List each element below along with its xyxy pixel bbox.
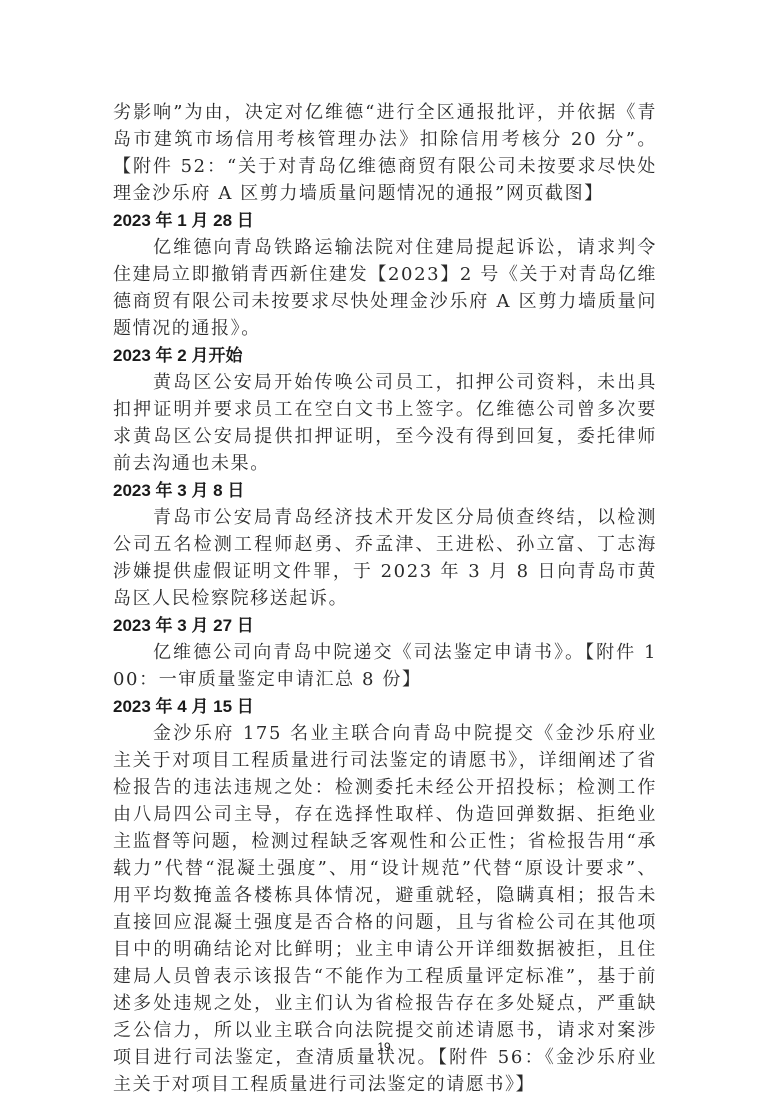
document-page: 劣影响”为由，决定对亿维德“进行全区通报批评，并依据《青岛市建筑市场信用考核管理… [0,0,768,1117]
paragraph-continuation: 劣影响”为由，决定对亿维德“进行全区通报批评，并依据《青岛市建筑市场信用考核管理… [113,99,657,207]
document-body: 劣影响”为由，决定对亿维德“进行全区通报批评，并依据《青岛市建筑市场信用考核管理… [113,99,657,1098]
date-heading-2023-04-15: 2023 年 4 月 15 日 [113,693,657,720]
paragraph-prosecution: 青岛市公安局青岛经济技术开发区分局侦查终结，以检测公司五名检测工程师赵勇、乔孟津… [113,504,657,612]
date-heading-2023-01-28: 2023 年 1 月 28 日 [113,207,657,234]
date-heading-2023-03-27: 2023 年 3 月 27 日 [113,612,657,639]
date-heading-2023-02: 2023 年 2 月开始 [113,342,657,369]
paragraph-police-summons: 黄岛区公安局开始传唤公司员工，扣押公司资料，未出具扣押证明并要求员工在空白文书上… [113,369,657,477]
paragraph-appraisal-application: 亿维德公司向青岛中院递交《司法鉴定申请书》。【附件 100：一审质量鉴定申请汇总… [113,639,657,693]
paragraph-lawsuit: 亿维德向青岛铁路运输法院对住建局提起诉讼，请求判令住建局立即撤销青西新住建发【2… [113,234,657,342]
page-number: 19 [0,1040,768,1054]
date-heading-2023-03-08: 2023 年 3 月 8 日 [113,477,657,504]
